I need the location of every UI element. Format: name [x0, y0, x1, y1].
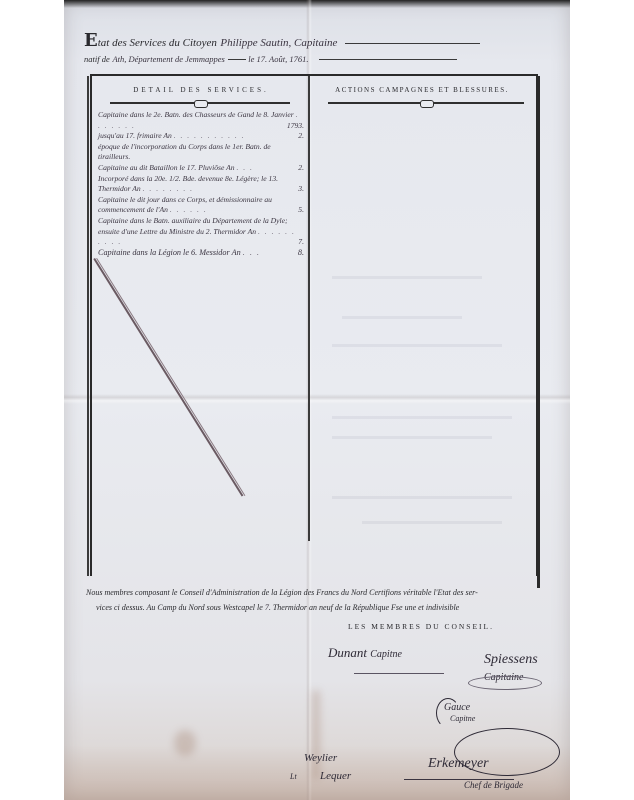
header-printed-native: natif de — [84, 54, 110, 64]
drop-cap: E — [84, 30, 98, 51]
signature-erkemeyer: Erkemeyer — [428, 756, 489, 772]
fill-rule — [319, 59, 457, 60]
signature-flourish — [468, 676, 542, 690]
services-table: DETAIL DES SERVICES. ACTIONS CAMPAGNES E… — [90, 74, 538, 576]
signature-dunant: Dunant Capitne — [328, 645, 402, 661]
signature-weylier: Weylier — [304, 752, 337, 764]
header-printed-text: tat des Services du Citoyen — [98, 37, 217, 49]
document-page: Etat des Services du Citoyen Philippe Sa… — [64, 0, 570, 800]
fill-rule — [345, 43, 480, 44]
header-handwritten-name: Philippe Sautin, Capitaine — [220, 37, 337, 49]
service-entry: jusqu'au 17. frimaire An . . . . . . . .… — [98, 131, 302, 142]
service-entry: époque de l'incorporation du Corps dans … — [98, 142, 302, 163]
certification-text: Nous membres composant le Conseil d'Admi… — [86, 585, 556, 615]
column-divider — [308, 76, 310, 541]
council-heading: LES MEMBRES DU CONSEIL. — [348, 622, 494, 631]
document-header: Etat des Services du Citoyen Philippe Sa… — [84, 30, 544, 70]
signature-spiessens: Spiessens — [484, 652, 538, 668]
service-entry: Capitaine dans la Légion le 6. Messidor … — [98, 248, 302, 259]
service-entries: Capitaine dans le 2e. Batn. des Chasseur… — [98, 110, 302, 258]
service-entry: Incorporé dans la 20e. 1/2. Bde. devenue… — [98, 174, 302, 195]
bleed-through — [332, 436, 492, 439]
signature-lequer: Lequer — [320, 770, 351, 782]
certification-line-1: Nous membres composant le Conseil d'Admi… — [86, 585, 556, 600]
signature-erkemeyer-title: Chef de Brigade — [464, 780, 523, 790]
header-line-1: Etat des Services du Citoyen Philippe Sa… — [84, 30, 544, 50]
certification-line-2: vices ci dessus. Au Camp du Nord sous We… — [86, 600, 556, 615]
bleed-through — [342, 316, 462, 319]
signature-underline — [354, 673, 444, 674]
service-entry: Capitaine au dit Bataillon le 17. Pluviô… — [98, 163, 302, 174]
header-handwritten-place: Ath, Département de Jemmappes — [112, 54, 224, 64]
table-outer-border — [537, 76, 540, 588]
column-header-services: DETAIL DES SERVICES. — [98, 86, 304, 94]
signature-weylier-title: Lt — [290, 772, 297, 781]
bleed-through — [332, 496, 512, 499]
bleed-through — [332, 416, 512, 419]
service-entry: Capitaine dans le Batn. auxiliaire du Dé… — [98, 216, 302, 248]
column-header-actions: ACTIONS CAMPAGNES ET BLESSURES. — [314, 86, 530, 94]
header-line-2: natif de Ath, Département de Jemmappes l… — [84, 54, 544, 70]
header-handwritten-date: le 17. Août, 1761. — [248, 54, 308, 64]
ornament-rule — [110, 100, 290, 106]
ornament-rule — [328, 100, 524, 106]
bleed-through — [362, 521, 502, 524]
bleed-through — [332, 344, 502, 347]
service-entry: Capitaine le dit jour dans ce Corps, et … — [98, 195, 302, 216]
signature-flourish — [436, 698, 460, 728]
handwritten-day: 7. — [265, 603, 271, 612]
service-entry: Capitaine dans le 2e. Batn. des Chasseur… — [98, 110, 302, 131]
fill-rule — [228, 59, 246, 60]
table-outer-border — [87, 76, 89, 576]
bleed-through — [332, 276, 482, 279]
